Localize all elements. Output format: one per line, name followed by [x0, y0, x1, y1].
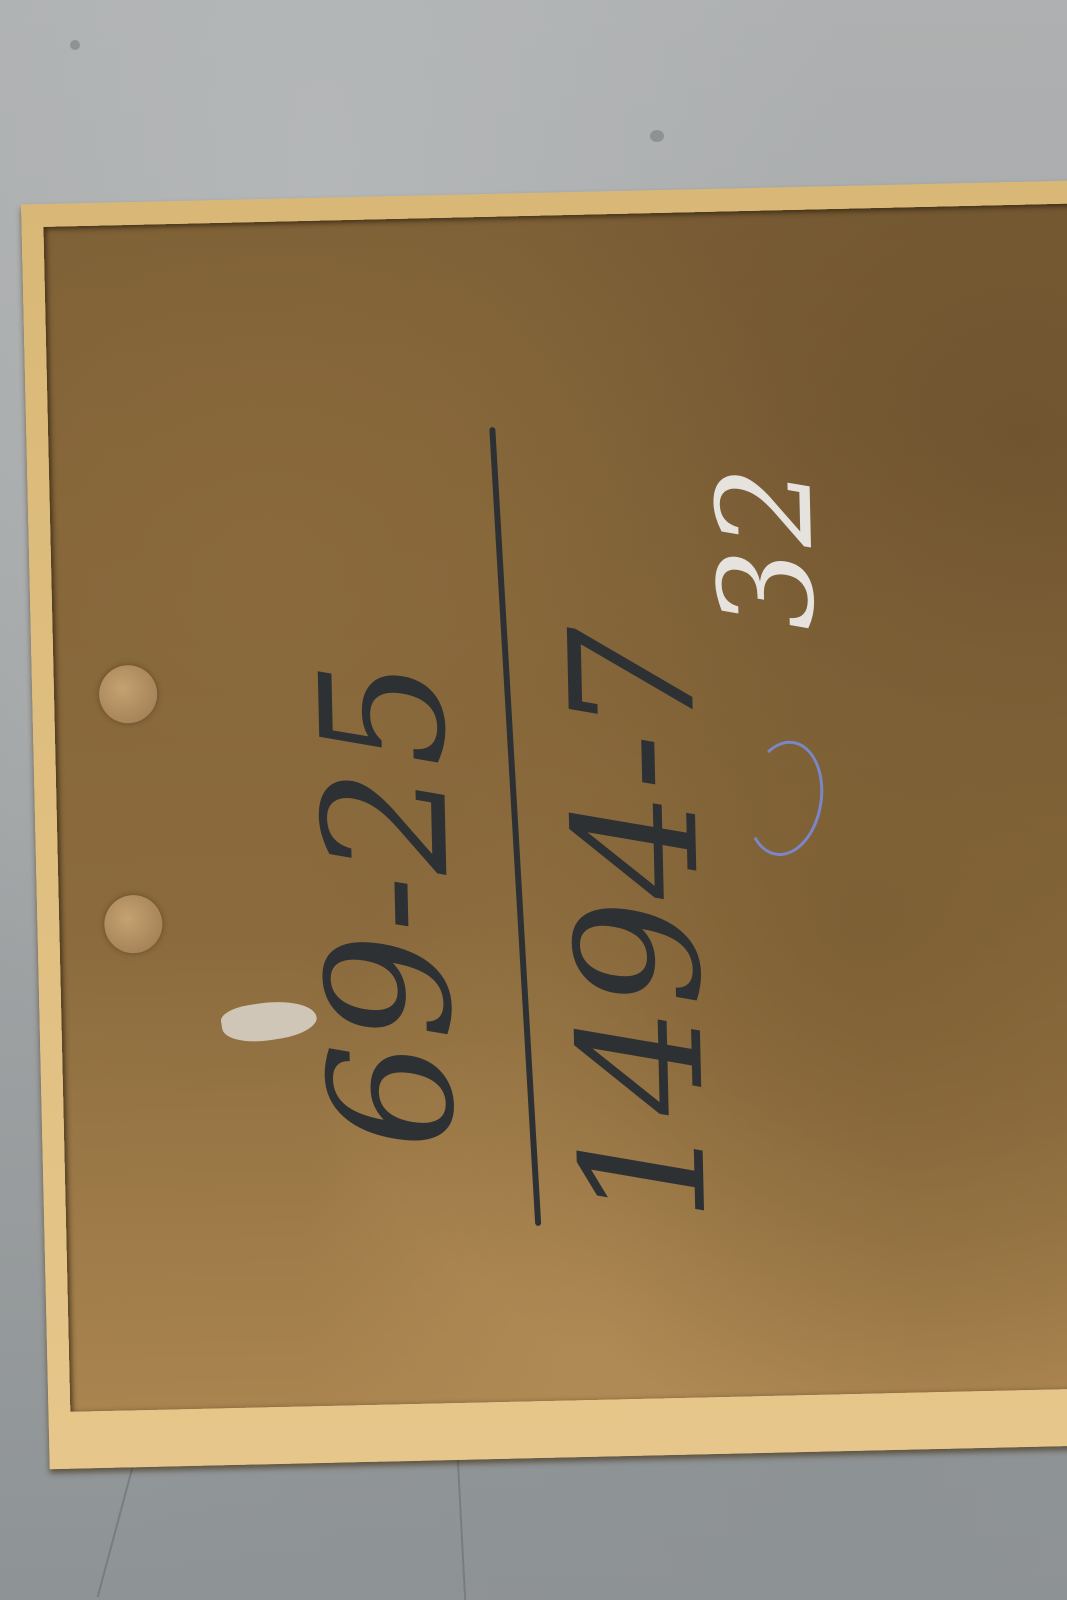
pencil-marking-top: 69-25	[298, 657, 479, 1151]
floor-stain	[70, 40, 80, 50]
drawer-bottom-panel: 69-25 1494-7 32	[44, 203, 1067, 1412]
floor-stain	[650, 130, 664, 142]
dowel-peg	[99, 665, 158, 724]
dowel-peg	[104, 895, 163, 954]
pencil-marking-bottom: 1494-7	[548, 624, 732, 1226]
drawer: 69-25 1494-7 32	[0, 136, 1067, 1460]
blue-pen-marking	[738, 735, 831, 861]
floor-crack	[456, 1440, 466, 1600]
chalk-marking: 32	[699, 464, 833, 632]
pencil-divider-line	[489, 427, 541, 1226]
